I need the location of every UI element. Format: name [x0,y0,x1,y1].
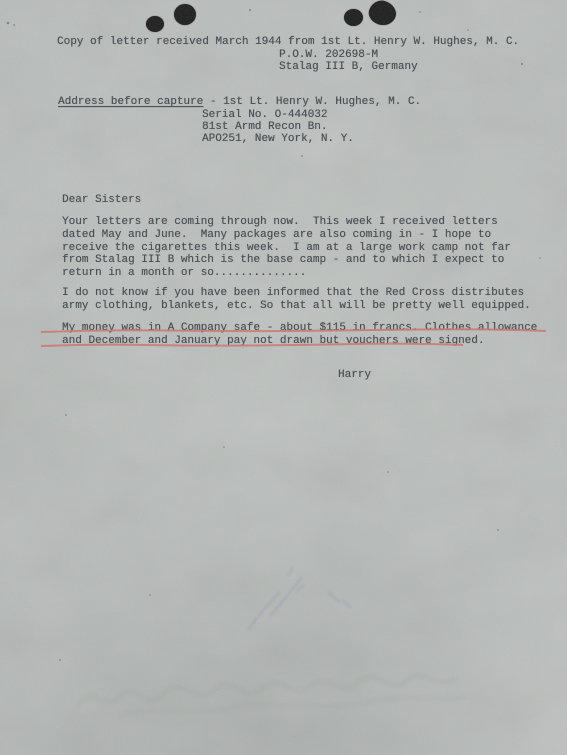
address-label: Address before capture [58,96,203,108]
paragraph-1-line: return in a month or so.............. [62,267,511,280]
paragraph-1-line: dated May and June. Many packages are al… [62,229,511,242]
faint-stamp [248,567,351,630]
paragraph-3-line: My money was in A Company safe - about $… [62,322,537,335]
paragraph-1-line: from Stalag III B which is the base camp… [62,254,511,267]
paragraph-2-line: army clothing, blankets, etc. So that al… [62,300,531,313]
header-note-pow-number: P.O.W. 202698-M [279,49,378,62]
signature: Harry [338,369,371,382]
ink-dot [174,4,196,25]
ink-dot [344,9,363,26]
ink-dot [366,0,399,29]
header-note-line1: Copy of letter received March 1944 from … [57,36,519,49]
paragraph-1: Your letters are coming through now. Thi… [62,216,511,280]
scanned-letter-page: Copy of letter received March 1944 from … [0,0,567,755]
paragraph-2-line: I do not know if you have been informed … [62,287,531,300]
paragraph-3-line: and December and January pay not drawn b… [62,335,537,348]
address-before-capture-line: Address before capture - 1st Lt. Henry W… [58,96,421,109]
handwriting-bleedthrough [78,676,466,716]
ink-dot [146,16,164,32]
address-name: - 1st Lt. Henry W. Hughes, M. C. [203,96,421,108]
address-serial: Serial No. O-444032 [202,109,327,122]
paragraph-1-line: Your letters are coming through now. Thi… [62,216,511,229]
paragraph-1-line: receive the cigarettes this week. I am a… [62,242,511,255]
address-apo: APO251, New York, N. Y. [202,133,354,146]
paragraph-3-red-underlined: My money was in A Company safe - about $… [62,322,537,348]
paragraph-2: I do not know if you have been informed … [62,287,531,313]
address-unit: 81st Armd Recon Bn. [202,121,327,134]
salutation: Dear Sisters [62,194,141,207]
header-note-camp: Stalag III B, Germany [279,61,418,74]
